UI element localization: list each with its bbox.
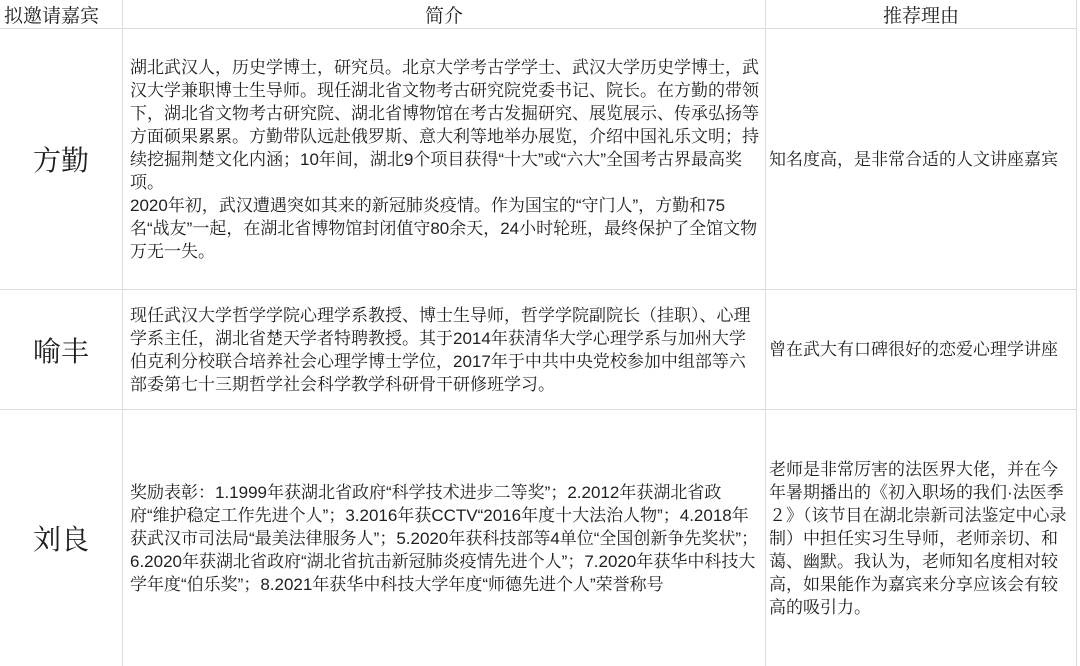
guest-reason-row1: 知名度高，是非常合适的人文讲座嘉宾: [769, 148, 1058, 171]
guest-intro-cell-row2: 现任武汉大学哲学学院心理学系教授、博士生导师，哲学学院副院长（挂职）、心理学系主…: [123, 290, 766, 410]
guest-name-row1: 方勤: [33, 139, 89, 179]
guest-intro-row3: 奖励表彰：1.1999年获湖北省政府“科学技术进步二等奖”；2.2012年获湖北…: [130, 481, 759, 596]
guest-reason-cell-row2: 曾在武大有口碑很好的恋爱心理学讲座: [766, 290, 1077, 410]
column-header-reason-label: 推荐理由: [883, 1, 959, 28]
guest-reason-row3: 老师是非常厉害的法医界大佬，并在今年暑期播出的《初入职场的我们·法医季２》（该节…: [769, 458, 1074, 619]
guest-intro-row1: 湖北武汉人，历史学博士，研究员。北京大学考古学学士、武汉大学历史学博士，武汉大学…: [130, 56, 759, 263]
guest-reason-cell-row3: 老师是非常厉害的法医界大佬，并在今年暑期播出的《初入职场的我们·法医季２》（该节…: [766, 410, 1077, 666]
guest-intro-cell-row1: 湖北武汉人，历史学博士，研究员。北京大学考古学学士、武汉大学历史学博士，武汉大学…: [123, 29, 766, 290]
guest-reason-cell-row1: 知名度高，是非常合适的人文讲座嘉宾: [766, 29, 1077, 290]
guest-name-cell-row3: 刘良: [0, 410, 123, 666]
guest-name-cell-row2: 喻丰: [0, 290, 123, 410]
column-header-guest-label: 拟邀请嘉宾: [4, 1, 99, 28]
guest-intro-cell-row3: 奖励表彰：1.1999年获湖北省政府“科学技术进步二等奖”；2.2012年获湖北…: [123, 410, 766, 666]
column-header-reason: 推荐理由: [766, 0, 1077, 29]
guest-table: 拟邀请嘉宾 简介 推荐理由 方勤 湖北武汉人，历史学博士，研究员。北京大学考古学…: [0, 0, 1077, 666]
guest-name-cell-row1: 方勤: [0, 29, 123, 290]
guest-name-row2: 喻丰: [33, 330, 89, 370]
column-header-guest: 拟邀请嘉宾: [0, 0, 123, 29]
guest-intro-row2: 现任武汉大学哲学学院心理学系教授、博士生导师，哲学学院副院长（挂职）、心理学系主…: [130, 304, 759, 396]
column-header-intro-label: 简介: [425, 1, 463, 28]
column-header-intro: 简介: [123, 0, 766, 29]
guest-reason-row2: 曾在武大有口碑很好的恋爱心理学讲座: [769, 338, 1058, 361]
guest-name-row3: 刘良: [33, 518, 89, 558]
guest-table-page: 拟邀请嘉宾 简介 推荐理由 方勤 湖北武汉人，历史学博士，研究员。北京大学考古学…: [0, 0, 1080, 666]
